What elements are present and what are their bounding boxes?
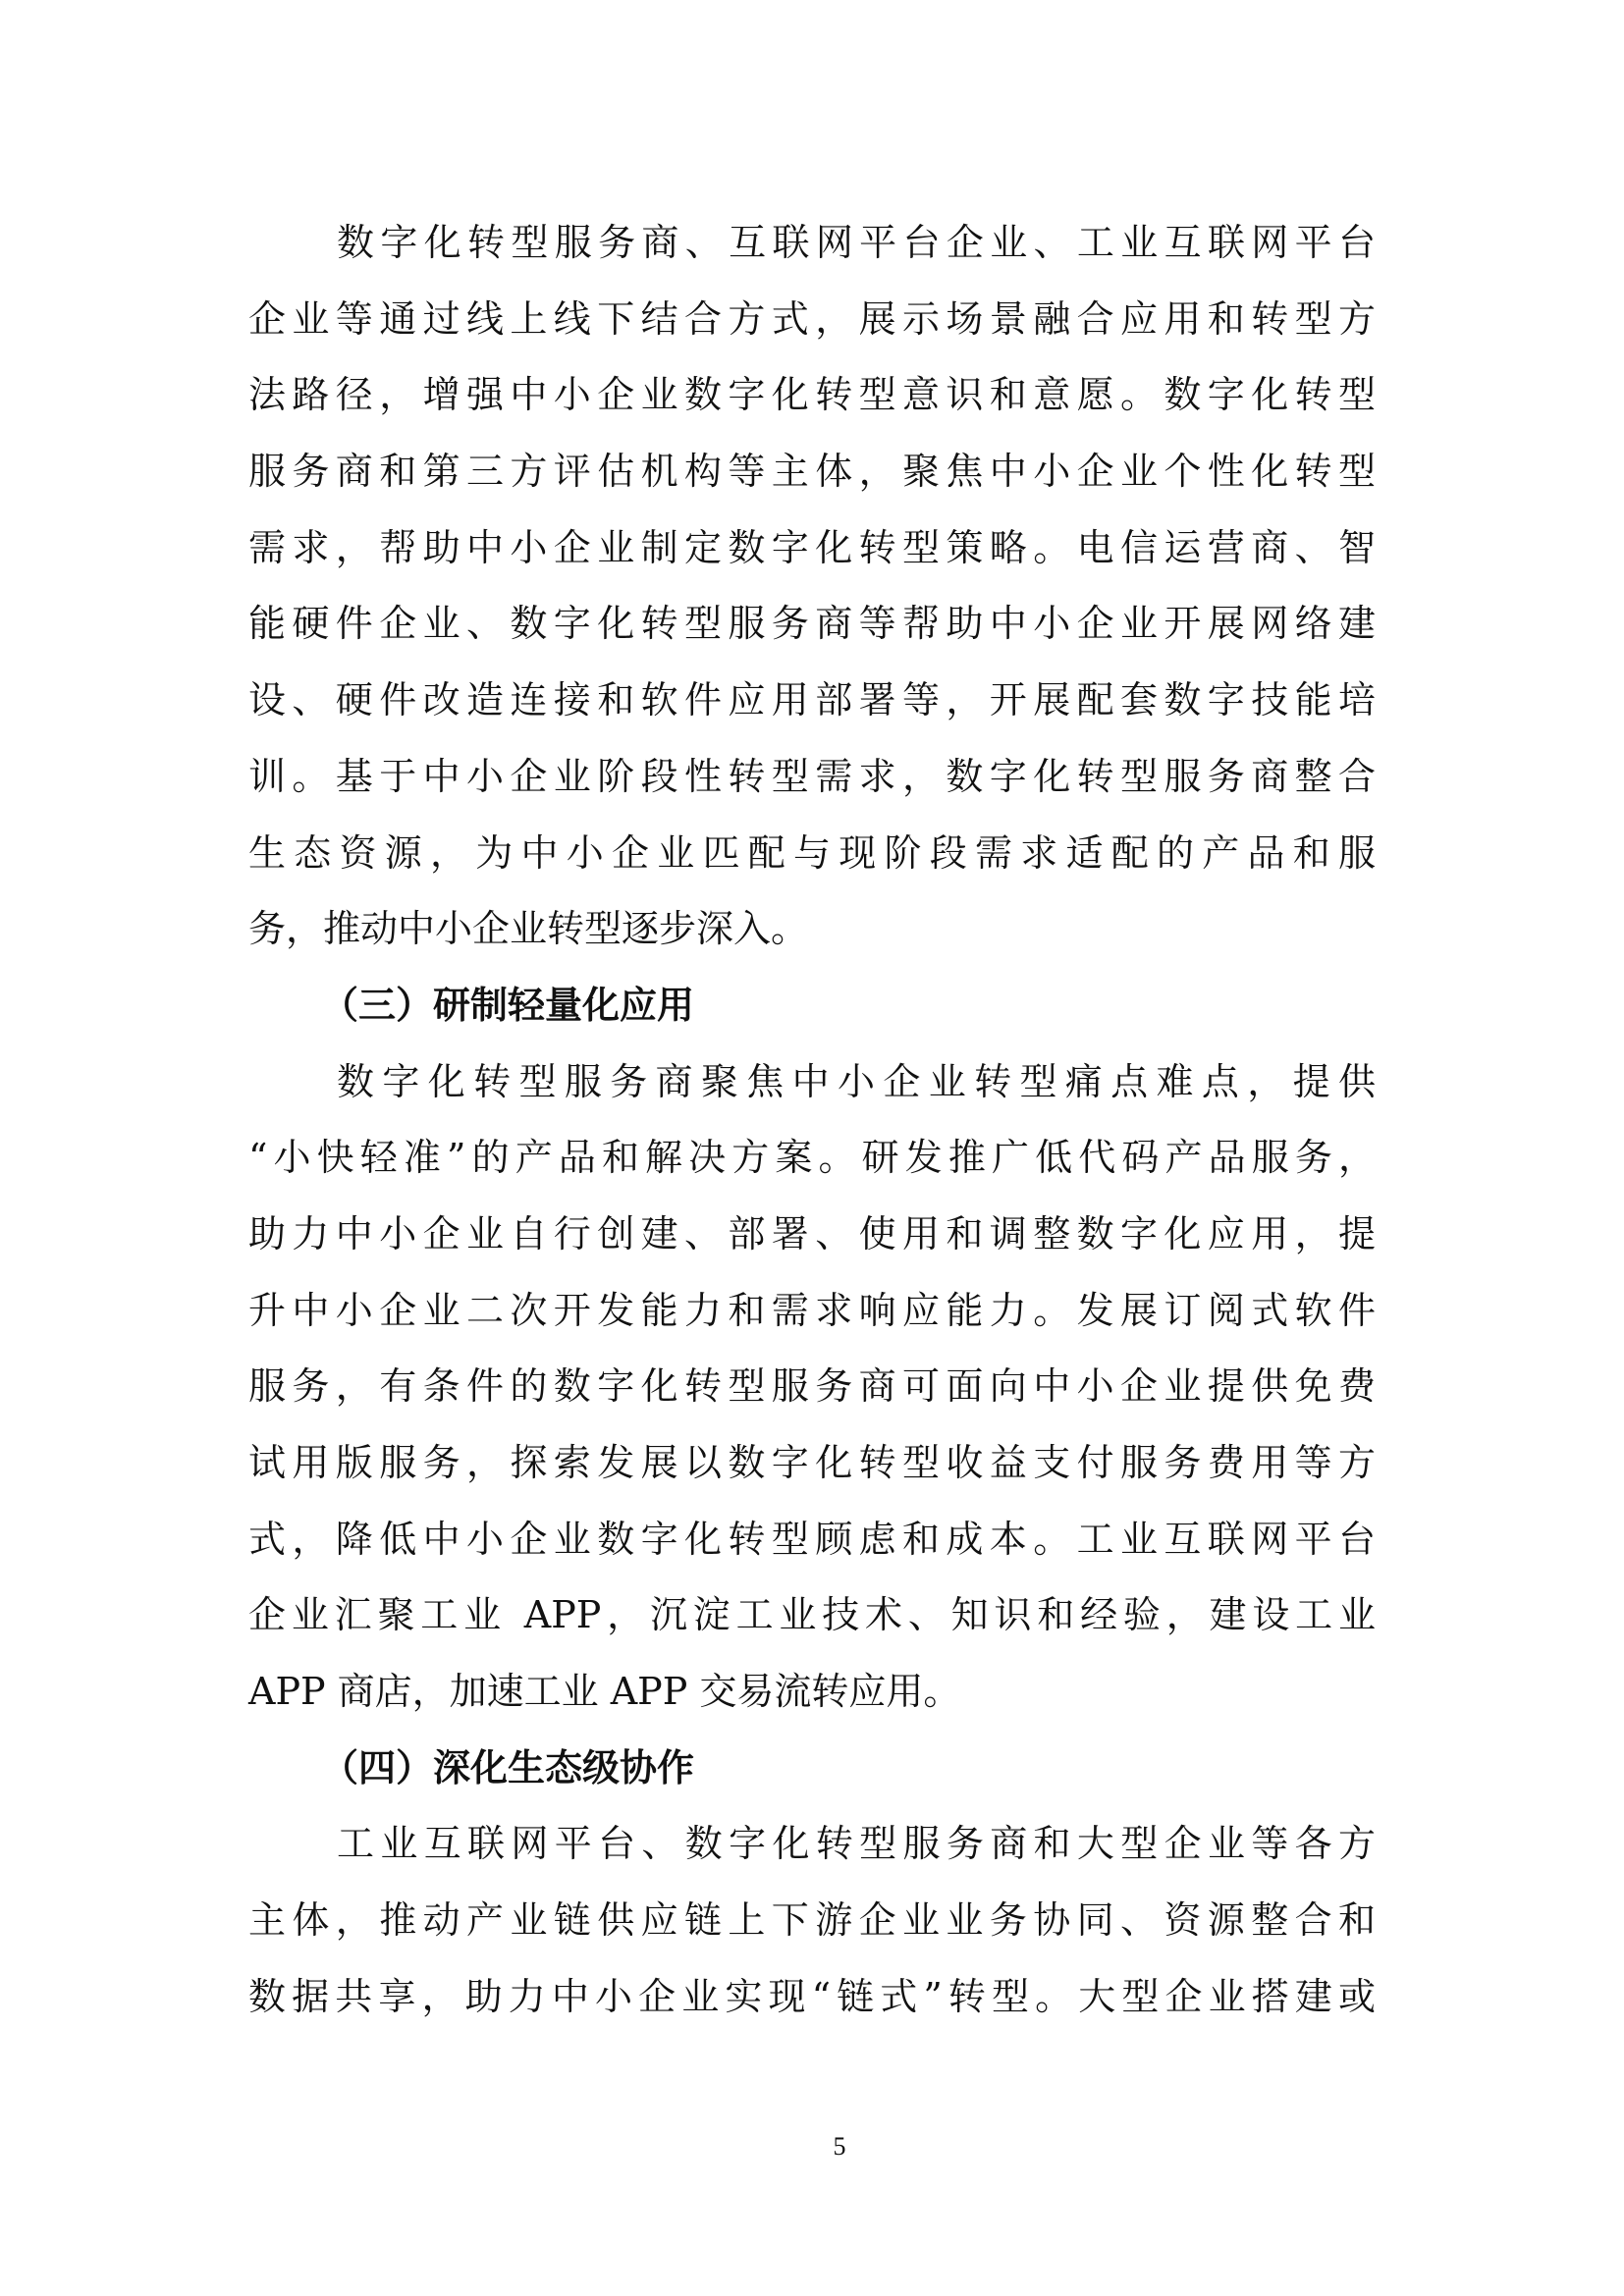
text-line: 试用版服务，探索发展以数字化转型收益支付服务费用等方 (248, 1425, 1376, 1502)
page-number: 5 (830, 2132, 849, 2162)
text-line: 式，降低中小企业数字化转型顾虑和成本。工业互联网平台 (248, 1502, 1376, 1578)
paragraph-2: 数字化转型服务商聚焦中小企业转型痛点难点，提供 “小快轻准”的产品和解决方案。研… (248, 1044, 1376, 1731)
paragraph-3: 工业互联网平台、数字化转型服务商和大型企业等各方 主体，推动产业链供应链上下游企… (248, 1806, 1376, 2035)
text-line: 需求，帮助中小企业制定数字化转型策略。电信运营商、智 (248, 510, 1376, 587)
section-heading-3: （三）研制轻量化应用 (248, 968, 1376, 1044)
text-line: 服务，有条件的数字化转型服务商可面向中小企业提供免费 (248, 1349, 1376, 1425)
text-line: 法路径，增强中小企业数字化转型意识和意愿。数字化转型 (248, 357, 1376, 434)
text-line: 企业汇聚工业 APP，沉淀工业技术、知识和经验，建设工业 (248, 1577, 1376, 1654)
text-line: 数字化转型服务商聚焦中小企业转型痛点难点，提供 (248, 1044, 1376, 1121)
text-line: 工业互联网平台、数字化转型服务商和大型企业等各方 (248, 1806, 1376, 1883)
text-line: 升中小企业二次开发能力和需求响应能力。发展订阅式软件 (248, 1273, 1376, 1350)
text-line: 数据共享，助力中小企业实现“链式”转型。大型企业搭建或 (248, 1959, 1376, 2036)
document-body: 数字化转型服务商、互联网平台企业、工业互联网平台 企业等通过线上线下结合方式，展… (248, 205, 1376, 2036)
text-line: APP 商店，加速工业 APP 交易流转应用。 (248, 1654, 1376, 1731)
text-line: “小快轻准”的产品和解决方案。研发推广低代码产品服务， (248, 1120, 1376, 1197)
text-line: 主体，推动产业链供应链上下游企业业务协同、资源整合和 (248, 1883, 1376, 1959)
text-line: 训。基于中小企业阶段性转型需求，数字化转型服务商整合 (248, 739, 1376, 816)
text-line: 设、硬件改造连接和软件应用部署等，开展配套数字技能培 (248, 663, 1376, 739)
text-line: 服务商和第三方评估机构等主体，聚焦中小企业个性化转型 (248, 434, 1376, 510)
text-line: 能硬件企业、数字化转型服务商等帮助中小企业开展网络建 (248, 586, 1376, 663)
paragraph-1: 数字化转型服务商、互联网平台企业、工业互联网平台 企业等通过线上线下结合方式，展… (248, 205, 1376, 968)
text-line: 数字化转型服务商、互联网平台企业、工业互联网平台 (248, 205, 1376, 282)
text-line: 务，推动中小企业转型逐步深入。 (248, 891, 1376, 968)
section-heading-4: （四）深化生态级协作 (248, 1731, 1376, 1807)
text-line: 生态资源，为中小企业匹配与现阶段需求适配的产品和服 (248, 816, 1376, 892)
document-page: 数字化转型服务商、互联网平台企业、工业互联网平台 企业等通过线上线下结合方式，展… (0, 0, 1624, 2296)
text-line: 企业等通过线上线下结合方式，展示场景融合应用和转型方 (248, 282, 1376, 358)
text-line: 助力中小企业自行创建、部署、使用和调整数字化应用，提 (248, 1197, 1376, 1273)
